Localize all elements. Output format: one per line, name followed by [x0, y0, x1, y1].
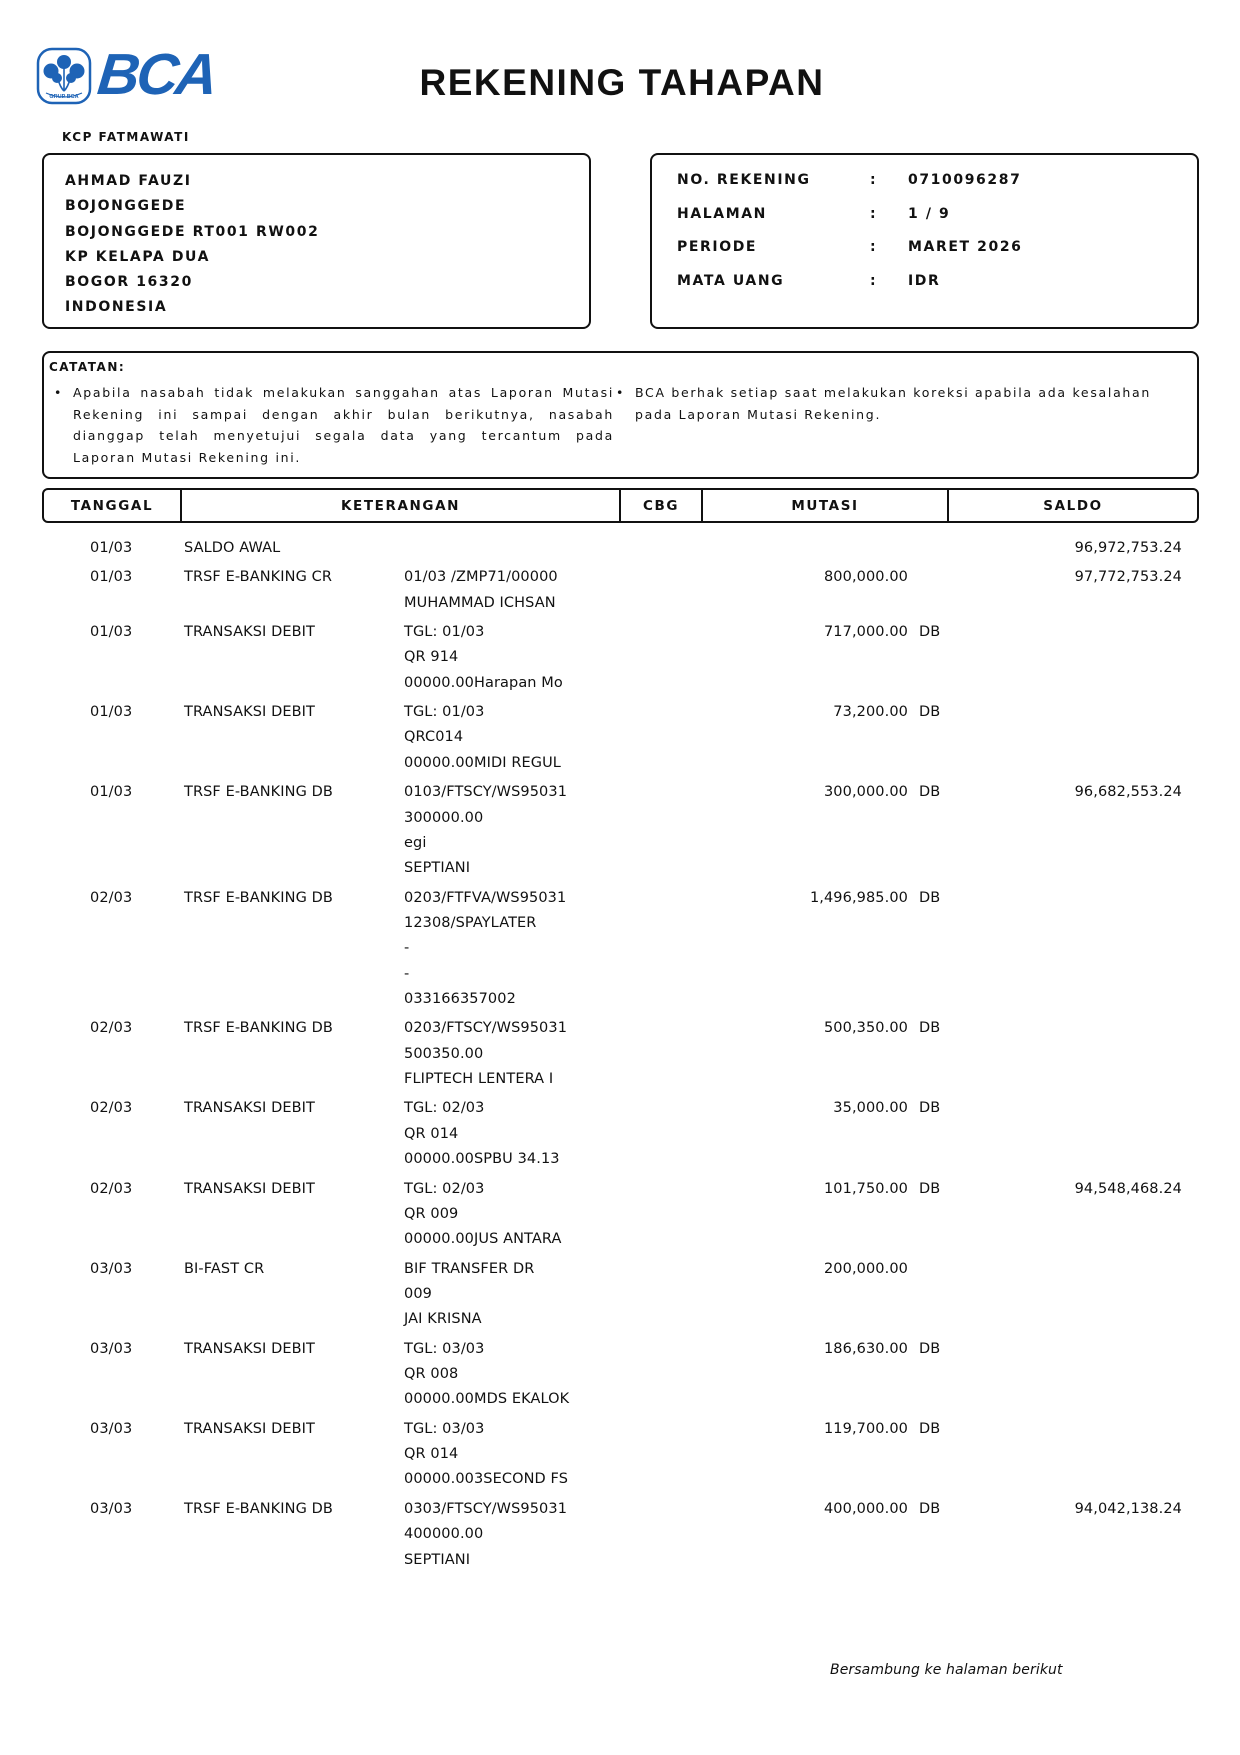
transaction-details: 0303/FTSCY/WS95031400000.00SEPTIANI	[404, 1498, 664, 1574]
column-header-branch: CBG	[621, 490, 703, 521]
mutation-amount: 300,000.00	[700, 781, 908, 806]
table-row: 03/03TRSF E-BANKING DB0303/FTSCY/WS95031…	[0, 1498, 1240, 1578]
transaction-details: TGL: 01/03QR 91400000.00Harapan Mo	[404, 621, 664, 697]
debit-credit-flag	[919, 537, 949, 562]
info-label: NO. REKENING	[677, 167, 870, 201]
transaction-date: 02/03	[90, 887, 150, 912]
detail-line: 0103/FTSCY/WS95031	[404, 781, 664, 806]
detail-line: -	[404, 963, 664, 988]
table-row: 03/03TRANSAKSI DEBITTGL: 03/03QR 0080000…	[0, 1338, 1240, 1418]
detail-line: 00000.00SPBU 34.13	[404, 1148, 664, 1173]
transaction-date: 03/03	[90, 1498, 150, 1523]
period: MARET 2026	[908, 234, 1023, 268]
detail-line: 01/03 /ZMP71/00000	[404, 566, 664, 591]
transaction-type: TRSF E-BANKING DB	[184, 887, 394, 912]
customer-name: AHMAD FAUZI	[65, 169, 589, 194]
mutation-amount: 200,000.00	[700, 1258, 908, 1283]
mutation-amount	[700, 537, 908, 562]
balance-amount	[1000, 1258, 1182, 1283]
table-row: 02/03TRSF E-BANKING DB0203/FTFVA/WS95031…	[0, 887, 1240, 1018]
document-title: REKENING TAHAPAN	[0, 62, 1240, 104]
column-header-date: TANGGAL	[44, 490, 182, 521]
period-row: PERIODE : MARET 2026	[677, 234, 1197, 268]
balance-amount: 96,682,553.24	[1000, 781, 1182, 806]
detail-line: 00000.00MIDI REGUL	[404, 752, 664, 777]
account-number: 0710096287	[908, 167, 1021, 201]
balance-amount	[1000, 701, 1182, 726]
table-row: 01/03TRANSAKSI DEBITTGL: 01/03QR 9140000…	[0, 621, 1240, 701]
debit-credit-flag: DB	[919, 887, 949, 912]
transaction-date: 01/03	[90, 621, 150, 646]
table-row: 02/03TRANSAKSI DEBITTGL: 02/03QR 0140000…	[0, 1097, 1240, 1177]
debit-credit-flag	[919, 566, 949, 591]
transaction-list: 01/03SALDO AWAL96,972,753.2401/03TRSF E-…	[0, 537, 1240, 1578]
bullet-icon: •	[52, 382, 73, 468]
balance-amount: 94,548,468.24	[1000, 1178, 1182, 1203]
detail-line: BIF TRANSFER DR	[404, 1258, 664, 1283]
mutation-amount: 186,630.00	[700, 1338, 908, 1363]
continued-note: Bersambung ke halaman berikut	[830, 1662, 1063, 1678]
debit-credit-flag: DB	[919, 1097, 949, 1122]
table-row: 01/03TRANSAKSI DEBITTGL: 01/03QRC0140000…	[0, 701, 1240, 781]
detail-line: QR 008	[404, 1363, 664, 1388]
transaction-details: TGL: 03/03QR 01400000.003SECOND FS	[404, 1418, 664, 1494]
table-row: 01/03TRSF E-BANKING DB0103/FTSCY/WS95031…	[0, 781, 1240, 886]
address-line: BOGOR 16320	[65, 270, 589, 295]
page-row: HALAMAN : 1 / 9	[677, 201, 1197, 235]
detail-line: 500350.00	[404, 1043, 664, 1068]
transaction-type: BI-FAST CR	[184, 1258, 394, 1283]
transaction-type: SALDO AWAL	[184, 537, 394, 562]
detail-line: egi	[404, 832, 664, 857]
debit-credit-flag: DB	[919, 1017, 949, 1042]
detail-line: 00000.003SECOND FS	[404, 1468, 664, 1493]
transaction-date: 02/03	[90, 1097, 150, 1122]
detail-line: 400000.00	[404, 1523, 664, 1548]
mutation-amount: 400,000.00	[700, 1498, 908, 1523]
transaction-type: TRSF E-BANKING DB	[184, 1017, 394, 1042]
detail-line: TGL: 01/03	[404, 701, 664, 726]
balance-amount	[1000, 887, 1182, 912]
address-line: BOJONGGEDE	[65, 194, 589, 219]
column-header-mutation: MUTASI	[703, 490, 949, 521]
transaction-type: TRANSAKSI DEBIT	[184, 1097, 394, 1122]
detail-line: SEPTIANI	[404, 857, 664, 882]
mutation-amount: 717,000.00	[700, 621, 908, 646]
branch-name: KCP FATMAWATI	[62, 130, 190, 144]
detail-line: 033166357002	[404, 988, 664, 1013]
detail-line: QR 014	[404, 1443, 664, 1468]
detail-line: FLIPTECH LENTERA I	[404, 1068, 664, 1093]
transaction-date: 01/03	[90, 781, 150, 806]
column-header-balance: SALDO	[949, 490, 1197, 521]
transaction-type: TRSF E-BANKING DB	[184, 1498, 394, 1523]
transaction-date: 01/03	[90, 566, 150, 591]
info-label: PERIODE	[677, 234, 870, 268]
balance-amount: 96,972,753.24	[1000, 537, 1182, 562]
debit-credit-flag: DB	[919, 1338, 949, 1363]
column-header-description: KETERANGAN	[182, 490, 621, 521]
detail-line: TGL: 02/03	[404, 1097, 664, 1122]
transaction-date: 03/03	[90, 1338, 150, 1363]
debit-credit-flag	[919, 1258, 949, 1283]
detail-line: TGL: 03/03	[404, 1338, 664, 1363]
customer-address-box: AHMAD FAUZI BOJONGGEDE BOJONGGEDE RT001 …	[42, 153, 591, 329]
transaction-details: 0203/FTFVA/WS9503112308/SPAYLATER--03316…	[404, 887, 664, 1013]
account-info-box: NO. REKENING : 0710096287 HALAMAN : 1 / …	[650, 153, 1199, 329]
table-row: 02/03TRANSAKSI DEBITTGL: 02/03QR 0090000…	[0, 1178, 1240, 1258]
detail-line: QR 914	[404, 646, 664, 671]
balance-amount: 94,042,138.24	[1000, 1498, 1182, 1523]
detail-line: 300000.00	[404, 807, 664, 832]
transaction-date: 01/03	[90, 701, 150, 726]
balance-amount: 97,772,753.24	[1000, 566, 1182, 591]
detail-line: 0203/FTFVA/WS95031	[404, 887, 664, 912]
mutation-amount: 119,700.00	[700, 1418, 908, 1443]
transaction-type: TRANSAKSI DEBIT	[184, 1178, 394, 1203]
detail-line: 00000.00MDS EKALOK	[404, 1388, 664, 1413]
mutation-amount: 73,200.00	[700, 701, 908, 726]
mutation-amount: 101,750.00	[700, 1178, 908, 1203]
debit-credit-flag: DB	[919, 1178, 949, 1203]
transaction-details: TGL: 03/03QR 00800000.00MDS EKALOK	[404, 1338, 664, 1414]
info-label: MATA UANG	[677, 268, 870, 302]
table-header: TANGGAL KETERANGAN CBG MUTASI SALDO	[42, 488, 1199, 523]
transaction-type: TRANSAKSI DEBIT	[184, 621, 394, 646]
table-row: 03/03BI-FAST CRBIF TRANSFER DR009JAI KRI…	[0, 1258, 1240, 1338]
detail-line: 00000.00JUS ANTARA	[404, 1228, 664, 1253]
transaction-type: TRSF E-BANKING CR	[184, 566, 394, 591]
notes-title: CATATAN:	[49, 360, 1197, 374]
table-row: 02/03TRSF E-BANKING DB0203/FTSCY/WS95031…	[0, 1017, 1240, 1097]
transaction-details: 01/03 /ZMP71/00000MUHAMMAD ICHSAN	[404, 566, 664, 617]
transaction-date: 01/03	[90, 537, 150, 562]
detail-line: TGL: 03/03	[404, 1418, 664, 1443]
mutation-amount: 35,000.00	[700, 1097, 908, 1122]
transaction-date: 03/03	[90, 1258, 150, 1283]
transaction-type: TRANSAKSI DEBIT	[184, 1338, 394, 1363]
mutation-amount: 1,496,985.00	[700, 887, 908, 912]
transaction-type: TRSF E-BANKING DB	[184, 781, 394, 806]
address-line: BOJONGGEDE RT001 RW002	[65, 220, 589, 245]
address-country: INDONESIA	[65, 295, 589, 320]
detail-line: QR 009	[404, 1203, 664, 1228]
detail-line: QR 014	[404, 1123, 664, 1148]
transaction-details: TGL: 01/03QRC01400000.00MIDI REGUL	[404, 701, 664, 777]
transaction-date: 03/03	[90, 1418, 150, 1443]
mutation-amount: 800,000.00	[700, 566, 908, 591]
note-item: • Apabila nasabah tidak melakukan sangga…	[49, 382, 614, 468]
detail-line: SEPTIANI	[404, 1549, 664, 1574]
detail-line: MUHAMMAD ICHSAN	[404, 592, 664, 617]
note-item: • BCA berhak setiap saat melakukan korek…	[614, 382, 1184, 468]
detail-line: 0203/FTSCY/WS95031	[404, 1017, 664, 1042]
transaction-date: 02/03	[90, 1178, 150, 1203]
table-row: 03/03TRANSAKSI DEBITTGL: 03/03QR 0140000…	[0, 1418, 1240, 1498]
transaction-details: BIF TRANSFER DR009JAI KRISNA	[404, 1258, 664, 1334]
page-number: 1 / 9	[908, 201, 950, 235]
mutation-amount: 500,350.00	[700, 1017, 908, 1042]
balance-amount	[1000, 621, 1182, 646]
detail-line: JAI KRISNA	[404, 1308, 664, 1333]
transaction-details: 0203/FTSCY/WS95031500350.00FLIPTECH LENT…	[404, 1017, 664, 1093]
balance-amount	[1000, 1017, 1182, 1042]
table-row: 01/03SALDO AWAL96,972,753.24	[0, 537, 1240, 566]
transaction-type: TRANSAKSI DEBIT	[184, 701, 394, 726]
detail-line: 12308/SPAYLATER	[404, 912, 664, 937]
detail-line: -	[404, 937, 664, 962]
bullet-icon: •	[614, 382, 635, 468]
currency: IDR	[908, 268, 940, 302]
transaction-date: 02/03	[90, 1017, 150, 1042]
balance-amount	[1000, 1418, 1182, 1443]
detail-line: TGL: 01/03	[404, 621, 664, 646]
detail-line: QRC014	[404, 726, 664, 751]
transaction-type: TRANSAKSI DEBIT	[184, 1418, 394, 1443]
balance-amount	[1000, 1097, 1182, 1122]
debit-credit-flag: DB	[919, 621, 949, 646]
detail-line: 009	[404, 1283, 664, 1308]
detail-line: TGL: 02/03	[404, 1178, 664, 1203]
transaction-details: TGL: 02/03QR 00900000.00JUS ANTARA	[404, 1178, 664, 1254]
debit-credit-flag: DB	[919, 781, 949, 806]
info-label: HALAMAN	[677, 201, 870, 235]
currency-row: MATA UANG : IDR	[677, 268, 1197, 302]
notes-box: CATATAN: • Apabila nasabah tidak melakuk…	[42, 351, 1199, 479]
detail-line: 0303/FTSCY/WS95031	[404, 1498, 664, 1523]
address-line: KP KELAPA DUA	[65, 245, 589, 270]
transaction-details: 0103/FTSCY/WS95031300000.00egiSEPTIANI	[404, 781, 664, 882]
debit-credit-flag: DB	[919, 701, 949, 726]
table-row: 01/03TRSF E-BANKING CR01/03 /ZMP71/00000…	[0, 566, 1240, 621]
balance-amount	[1000, 1338, 1182, 1363]
debit-credit-flag: DB	[919, 1418, 949, 1443]
debit-credit-flag: DB	[919, 1498, 949, 1523]
transaction-details: TGL: 02/03QR 01400000.00SPBU 34.13	[404, 1097, 664, 1173]
account-number-row: NO. REKENING : 0710096287	[677, 167, 1197, 201]
detail-line: 00000.00Harapan Mo	[404, 672, 664, 697]
